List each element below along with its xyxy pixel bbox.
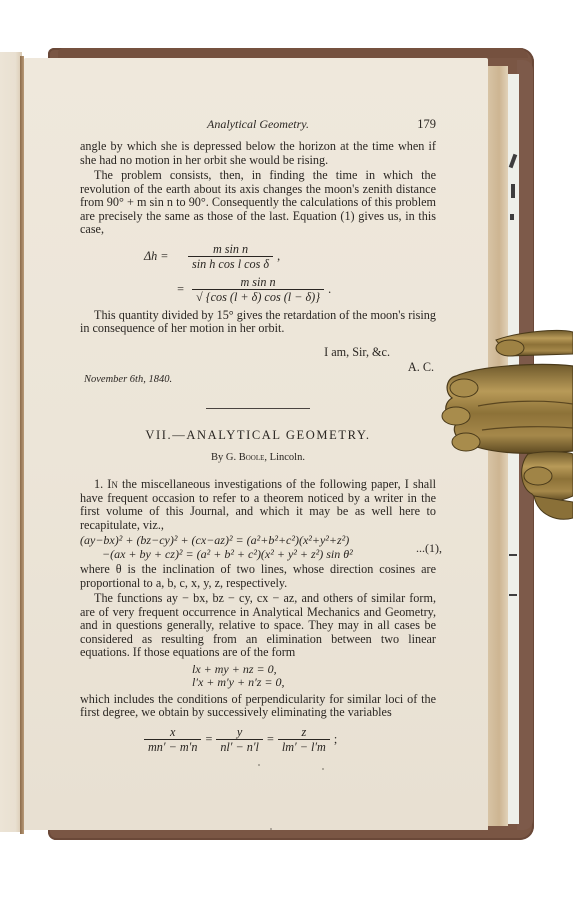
insert-glyph [510,214,514,220]
fraction: x mn′ − m′n [144,726,201,755]
fraction: m sin n √ {cos (l + δ) cos (l − δ)} [192,276,324,305]
fraction: y nl′ − n′l [216,726,263,755]
foxing-spot [270,828,272,830]
page-text: Analytical Geometry. 179 angle by which … [80,118,436,755]
paragraph: 1. In the miscellaneous investigations o… [80,478,436,532]
paragraph: The functions ay − bx, bz − cy, cx − az,… [80,592,436,660]
left-page-sliver [0,52,22,832]
closing: I am, Sir, &c. [80,346,436,360]
equation-eliminants: x mn′ − m′n = y nl′ − n′l = z lm′ − l′m … [140,726,436,755]
brass-hand-clamp-icon [438,326,573,526]
insert-glyph [511,184,515,198]
paragraph: which includes the conditions of perpend… [80,693,436,720]
insert-glyph [509,594,517,596]
fraction: m sin n sin h cos l cos δ [188,243,273,272]
paragraph: The problem consists, then, in finding t… [80,169,436,237]
equation-1: (ay−bx)² + (bz−cy)² + (cx−az)² = (a²+b²+… [80,534,436,561]
dateline: November 6th, 1840. [80,373,436,387]
author-name: Boole [239,452,265,463]
section-divider [206,408,310,409]
foxing-spot [322,768,324,770]
page-number: 179 [417,118,436,132]
insert-glyph [509,554,517,556]
equation-lhs: Δh = [144,250,184,264]
paragraph: This quantity divided by 15° gives the r… [80,309,436,336]
article-title: VII.—ANALYTICAL GEOMETRY. [80,429,436,443]
equation-label: ...(1), [416,542,442,556]
paragraph: where θ is the inclination of two lines,… [80,563,436,590]
insert-glyph [509,154,518,169]
paragraph: angle by which she is depressed below th… [80,140,436,167]
book-cover-top-edge [58,48,528,58]
equation-delta-h: Δh = m sin n sin h cos l cos δ , = m sin… [144,243,436,305]
foxing-spot [258,764,260,766]
equation-linear-system: lx + my + nz = 0, l′x + m′y + n′z = 0, [192,663,436,690]
running-title: Analytical Geometry. [80,118,436,132]
fraction: z lm′ − l′m [278,726,330,755]
running-head: Analytical Geometry. 179 [80,118,436,132]
article-byline: By G. Boole, Lincoln. [80,451,436,465]
